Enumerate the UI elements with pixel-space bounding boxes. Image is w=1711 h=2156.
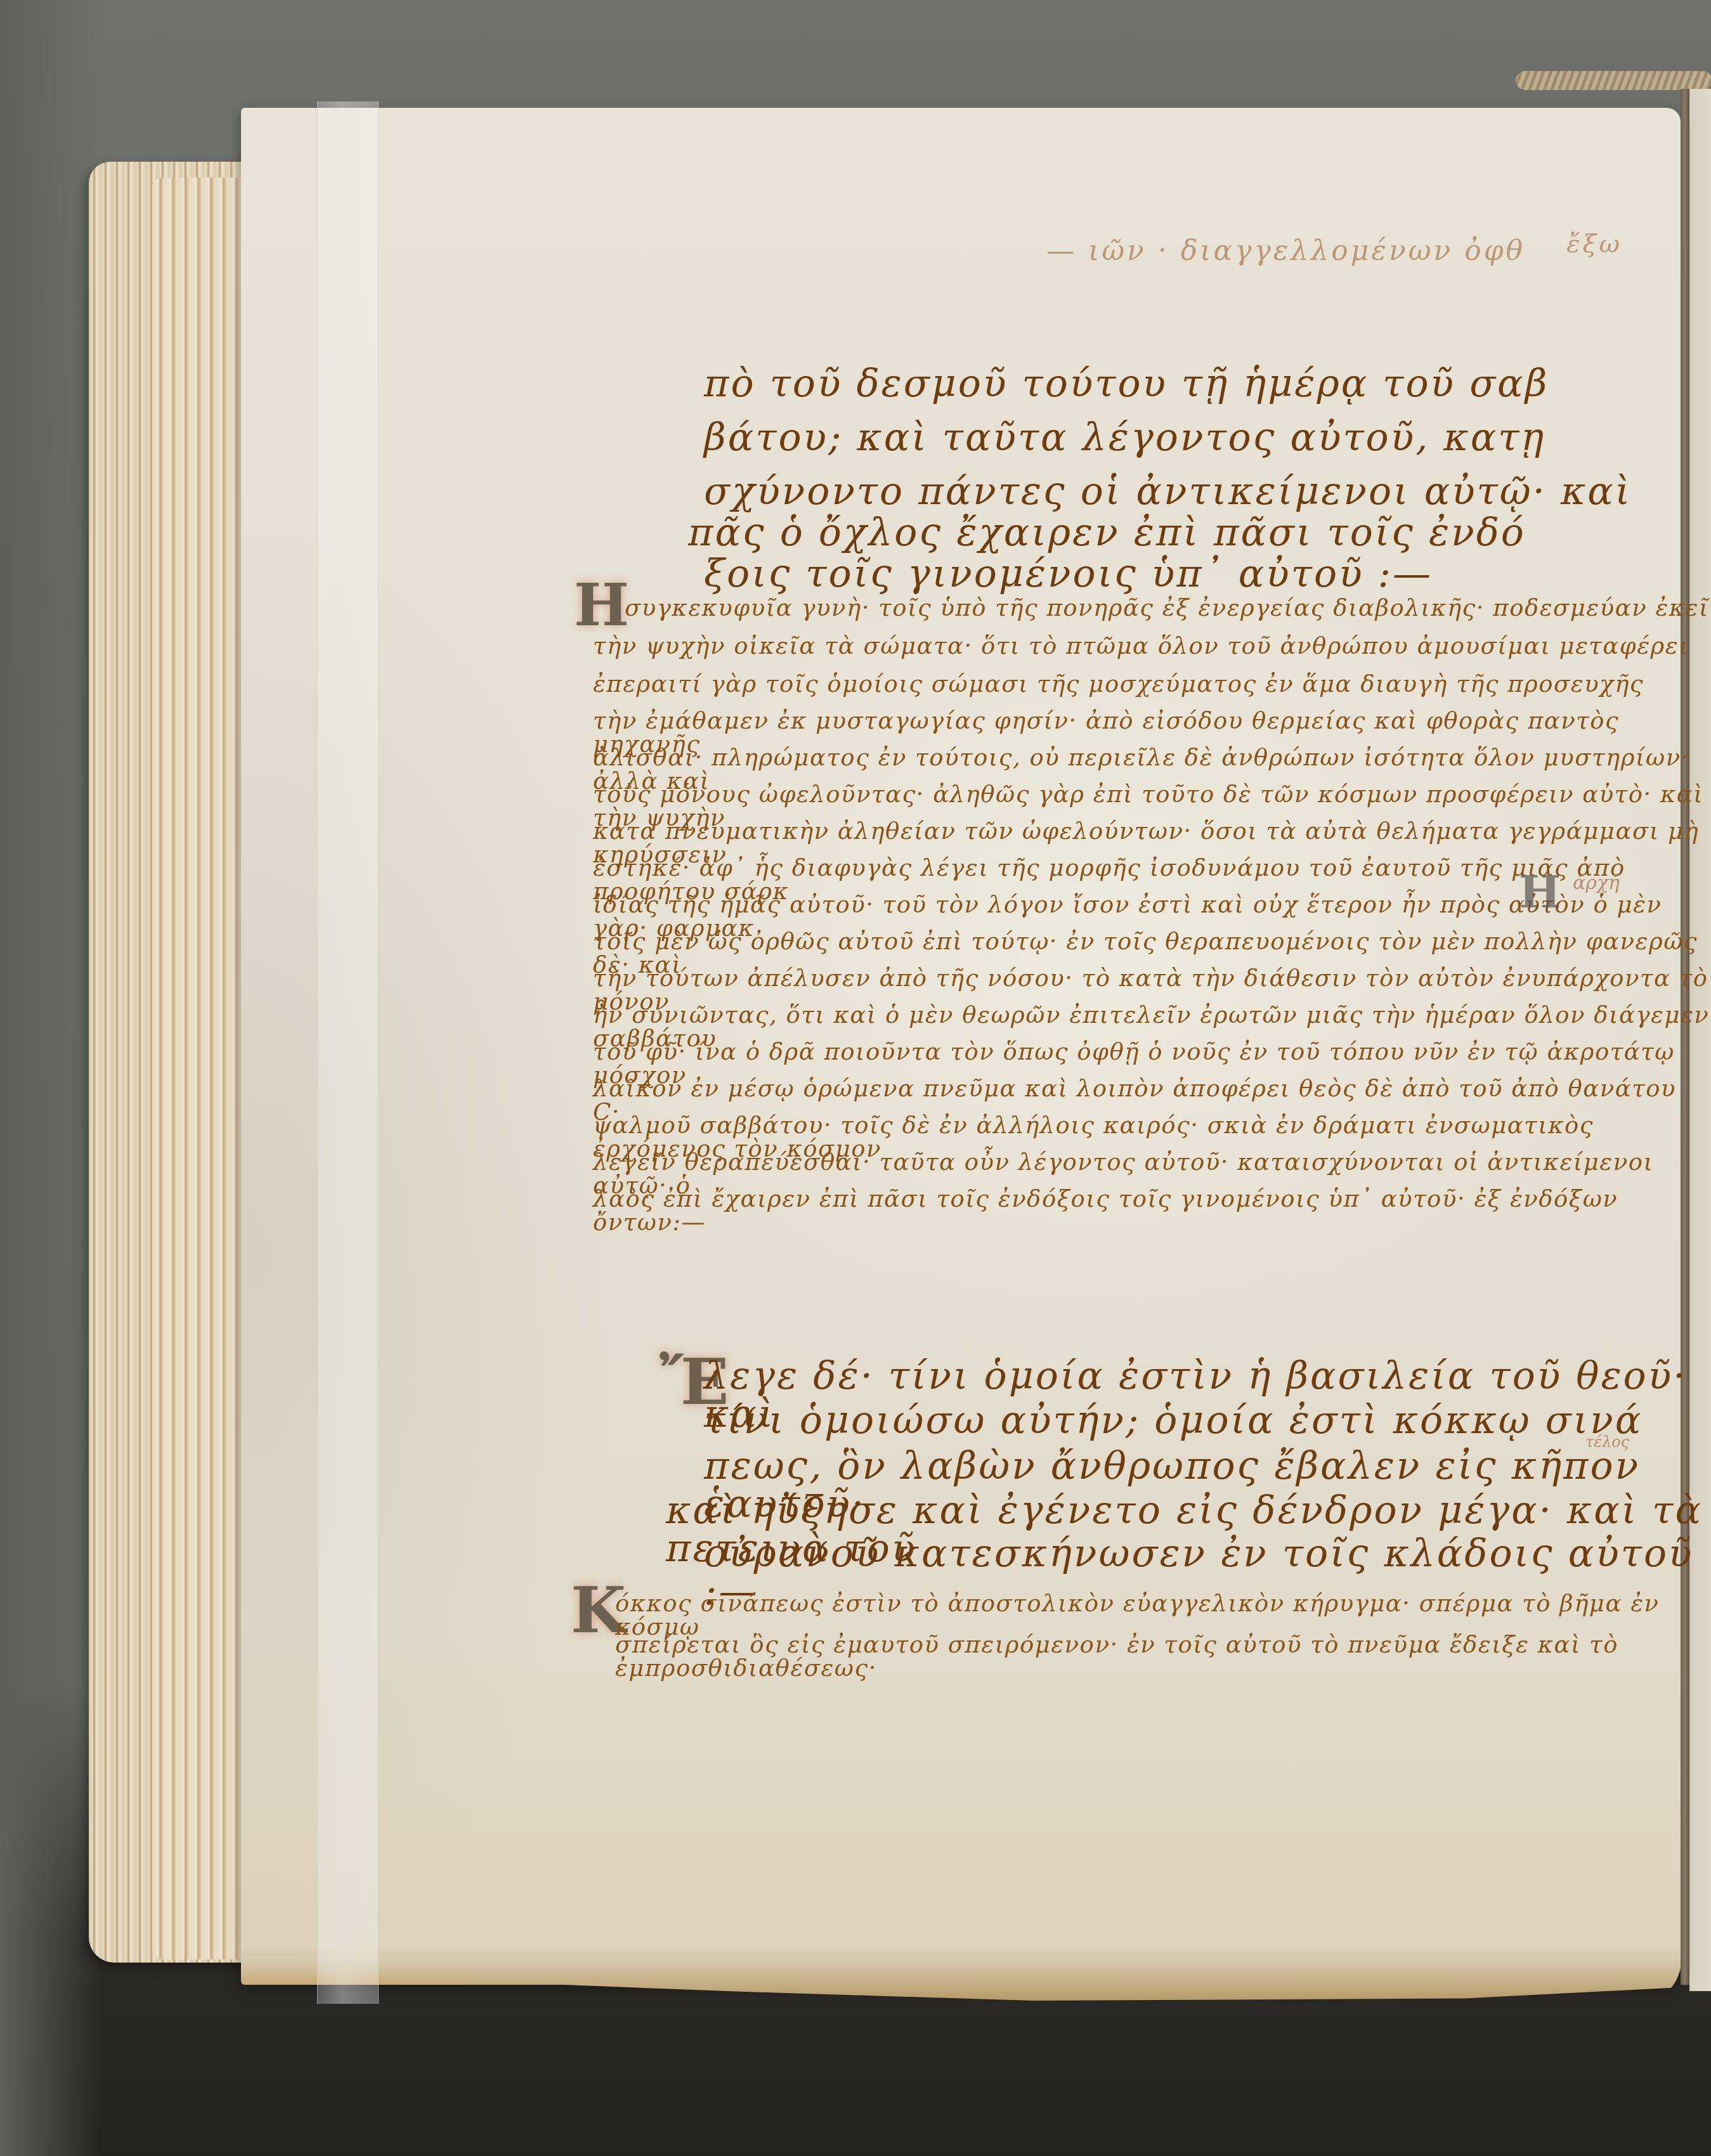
initial-letter-eta: Η [574, 571, 629, 639]
margin-note: ἀρχή [1573, 872, 1620, 894]
header-note: — ιῶν · διαγγελλομένων ὀφθ [1046, 235, 1525, 267]
page-stack-inner [152, 178, 254, 1959]
commentary-line: λαὸς ἐπὶ ἔχαιρεν ἐπὶ πᾶσι τοῖς ἐνδόξοις … [593, 1187, 1711, 1234]
main-text-line: ξοις τοῖς γινομένοις ὑπ᾽ αὐτοῦ :— [704, 555, 1433, 593]
header-side-note: ἔξω [1566, 230, 1622, 259]
commentary-line: σπείρεται ὃς εἰς ἐμαυτοῦ σπειρόμενον· ἐν… [615, 1633, 1711, 1680]
main-text-line: πᾶς ὁ ὄχλος ἔχαιρεν ἐπὶ πᾶσι τοῖς ἐνδό [688, 514, 1526, 552]
main-text-line: σχύνοντο πάντες οἱ ἀντικείμενοι αὐτῷ· κα… [704, 472, 1632, 510]
main-text-line: βάτου; καὶ ταῦτα λέγοντος αὐτοῦ, κατῃ [704, 419, 1545, 457]
commentary-line: τὴν ψυχὴν οἰκεῖα τὰ σώματα· ὅτι τὸ πτῶμα… [593, 634, 1689, 658]
main-text-line: πὸ τοῦ δεσμοῦ τούτου τῇ ἡμέρᾳ τοῦ σαβ [704, 365, 1549, 403]
binding-thread [1516, 71, 1711, 90]
commentary-line: συγκεκυφυῖα γυνὴ· τοῖς ὑπὸ τῆς πονηρᾶς ἐ… [625, 596, 1709, 620]
commentary-line: ἐπεραιτί γὰρ τοῖς ὁμοίοις σώμασι τῆς μοσ… [593, 672, 1644, 696]
margin-initial: Η [1519, 866, 1561, 918]
transparent-tape-strip [317, 101, 379, 2004]
main-text-line: τίνι ὁμοιώσω αὐτήν; ὁμοία ἐστὶ κόκκῳ σιν… [704, 1401, 1643, 1439]
page-bottom-edge [241, 1956, 1681, 2001]
background-shadow [0, 0, 101, 2156]
